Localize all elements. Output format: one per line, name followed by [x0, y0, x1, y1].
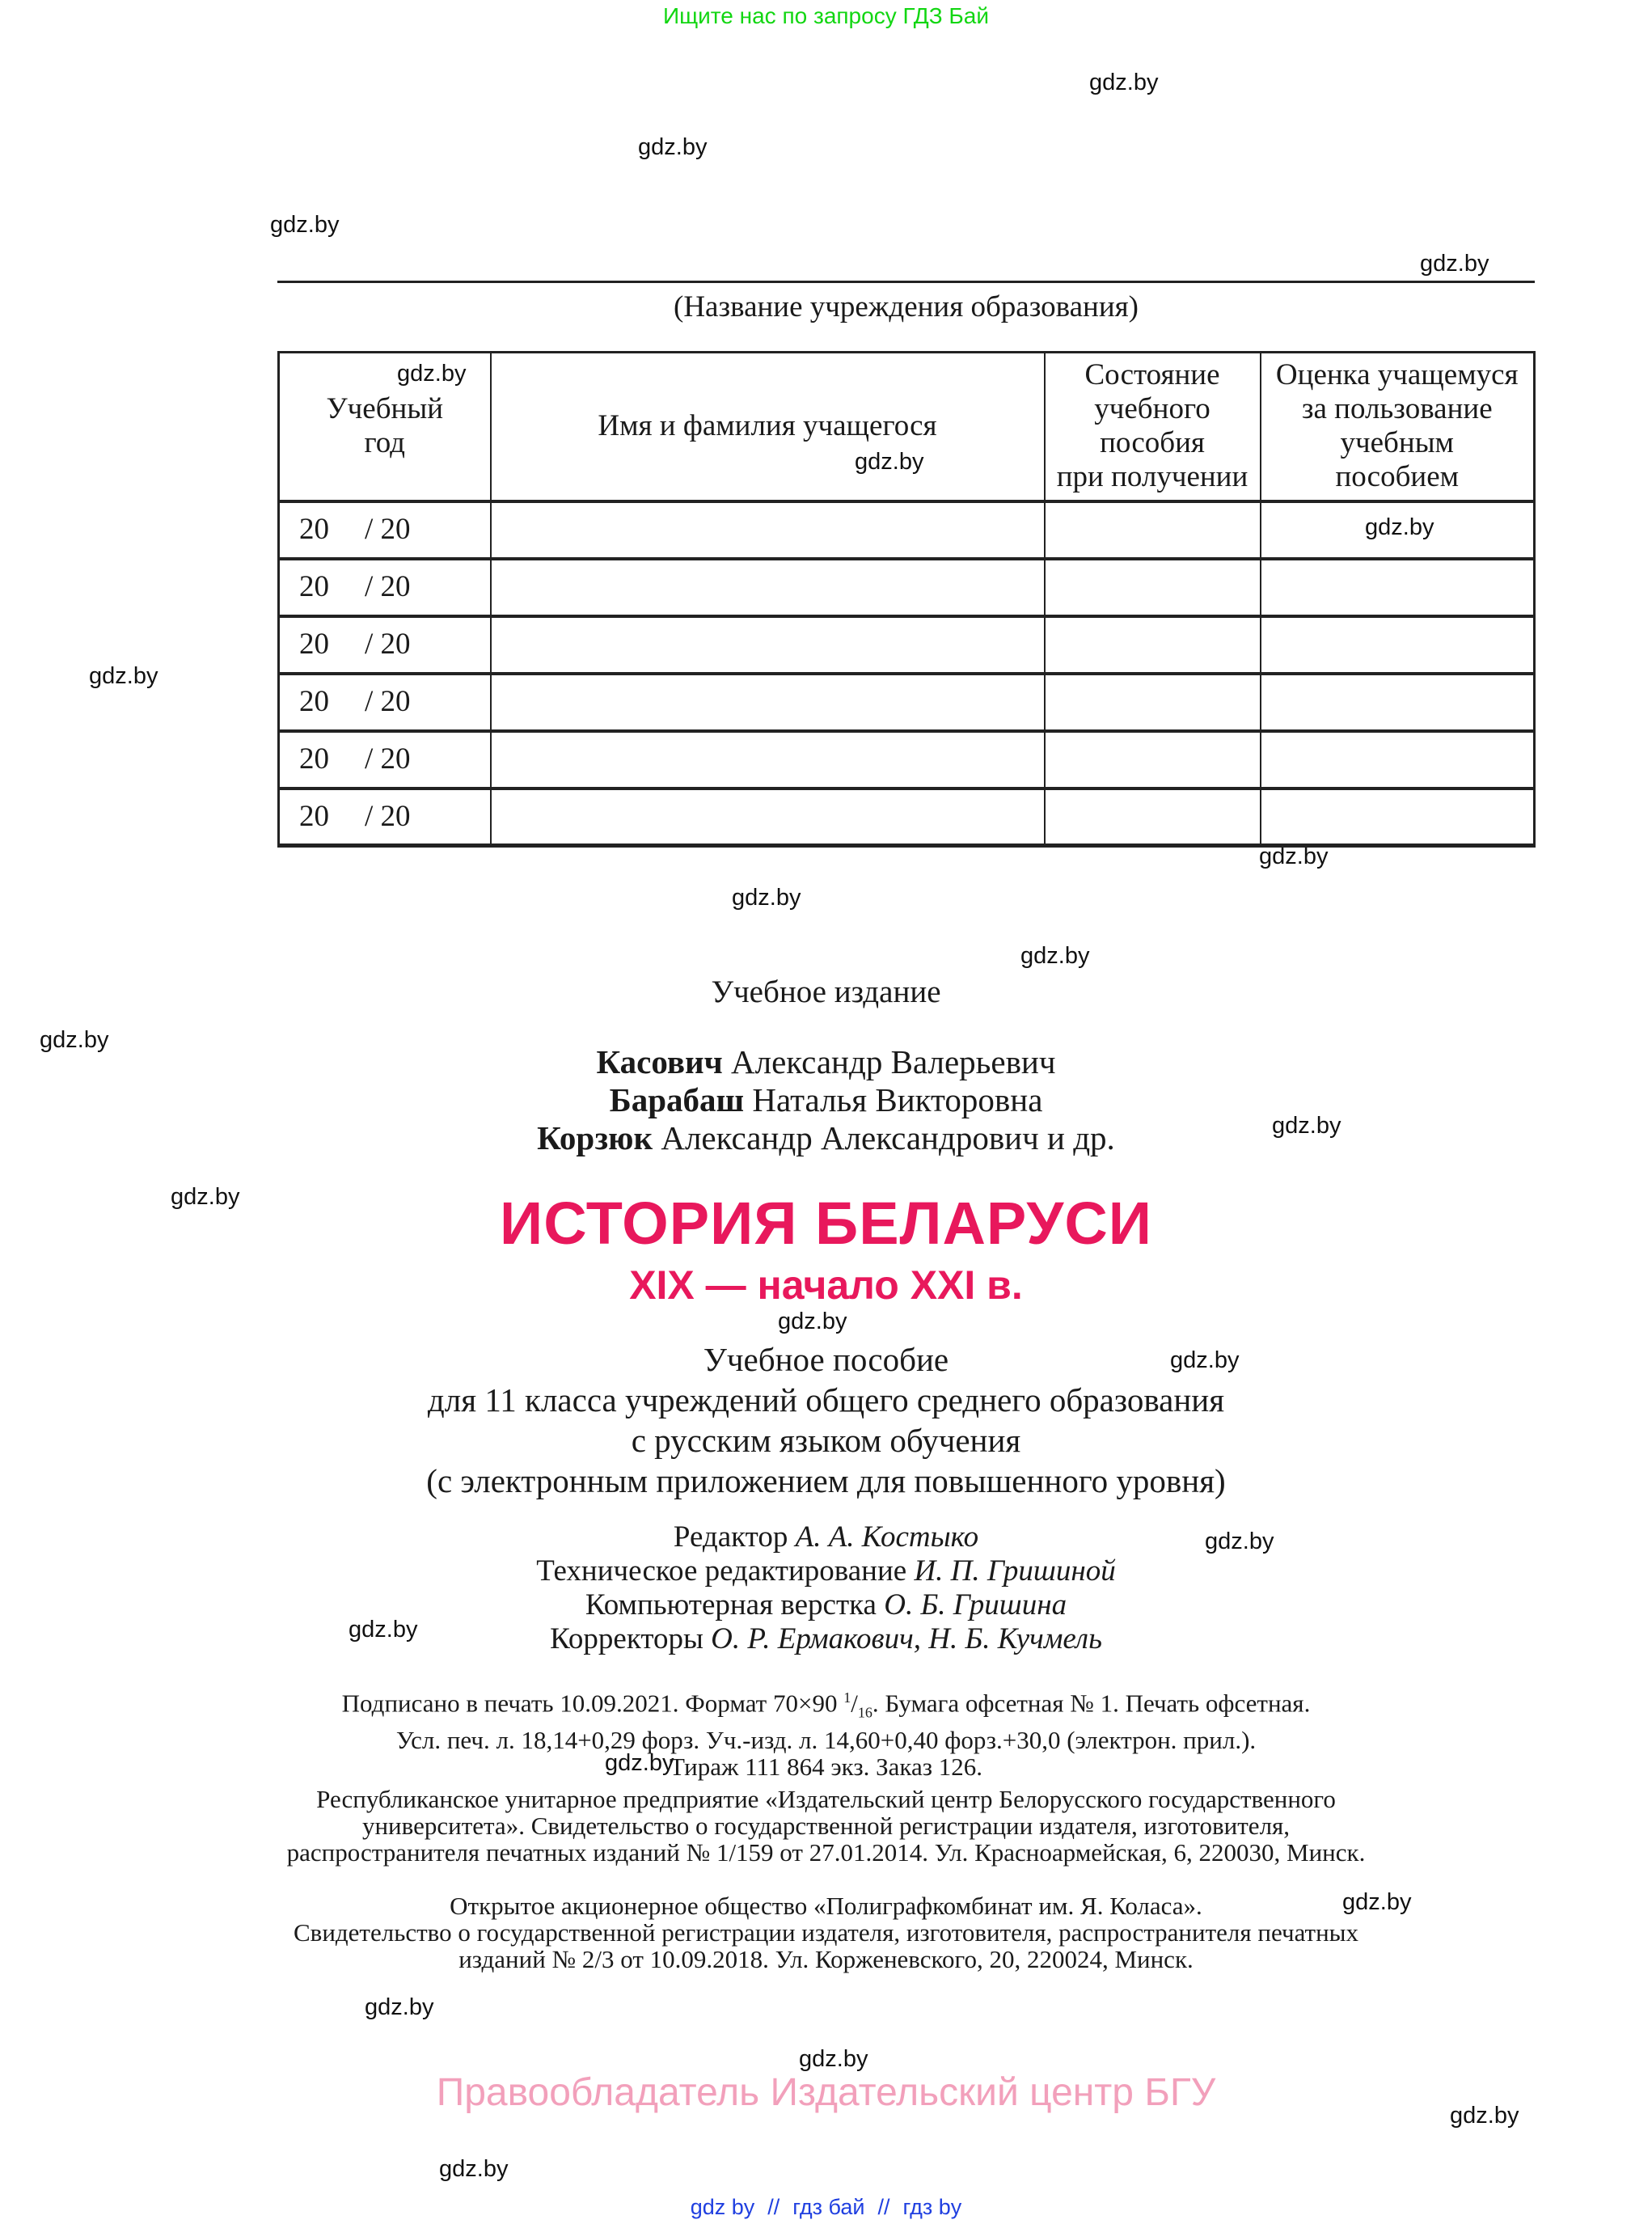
author: Корзюк Александр Александрович и др.	[0, 1119, 1652, 1157]
watermark: gdz.by	[270, 212, 339, 239]
book-condition-cell	[1045, 789, 1261, 846]
table-row: 20/ 20	[279, 731, 1535, 789]
student-grade-cell	[1261, 501, 1535, 559]
school-year-cell: 20/ 20	[279, 674, 491, 731]
imprint-info: Подписано в печать 10.09.2021. Формат 70…	[0, 1685, 1652, 1780]
student-name-cell	[491, 559, 1045, 616]
book-subtitle: XIX — начало XXI в.	[0, 1262, 1652, 1309]
publisher-info: Республиканское унитарное предприятие «И…	[0, 1786, 1652, 1866]
book-condition-cell	[1045, 501, 1261, 559]
header-student-name: Имя и фамилия учащегося	[491, 353, 1045, 501]
school-year-cell: 20/ 20	[279, 501, 491, 559]
staff-line: Техническое редактирование И. П. Гришино…	[0, 1554, 1652, 1588]
top-banner[interactable]: Ищите нас по запросу ГДЗ Бай	[0, 3, 1652, 29]
table-row: 20/ 20	[279, 501, 1535, 559]
table-row: 20/ 20	[279, 616, 1535, 674]
book-condition-cell	[1045, 674, 1261, 731]
watermark: gdz.by	[1089, 70, 1158, 96]
watermark: gdz.by	[89, 663, 158, 690]
staff-line: Редактор А. А. Костыко	[0, 1520, 1652, 1554]
rights-holder: Правообладатель Издательский центр БГУ	[0, 2070, 1652, 2115]
footer-separator: //	[877, 2195, 889, 2219]
student-grade-cell	[1261, 674, 1535, 731]
table-row: 20/ 20	[279, 559, 1535, 616]
staff-line: Корректоры О. Р. Ермакович, Н. Б. Кучмел…	[0, 1622, 1652, 1656]
editorial-staff: Редактор А. А. Костыко Техническое редак…	[0, 1520, 1652, 1656]
book-condition-cell	[1045, 616, 1261, 674]
student-name-cell	[491, 789, 1045, 846]
student-grade-cell	[1261, 731, 1535, 789]
watermark: gdz.by	[799, 2046, 868, 2073]
student-grade-cell	[1261, 559, 1535, 616]
header-book-condition: Состояние учебного пособия при получении	[1045, 353, 1261, 501]
printer-info: Открытое акционерное общество «Полиграфк…	[0, 1892, 1652, 1972]
footer-links: gdz by//гдз бай//гдз by	[0, 2195, 1652, 2220]
student-grade-cell	[1261, 616, 1535, 674]
institution-caption: (Название учреждения образования)	[277, 290, 1535, 324]
footer-separator: //	[767, 2195, 780, 2219]
header-school-year: Учебный год	[279, 353, 491, 501]
table-row: 20/ 20	[279, 789, 1535, 846]
header-student-grade: Оценка учащемуся за пользование учебным …	[1261, 353, 1535, 501]
watermark: gdz.by	[439, 2156, 508, 2183]
author: Барабаш Наталья Викторовна	[0, 1081, 1652, 1119]
student-name-cell	[491, 731, 1045, 789]
author: Касович Александр Валерьевич	[0, 1043, 1652, 1081]
book-condition-cell	[1045, 731, 1261, 789]
student-name-cell	[491, 616, 1045, 674]
school-year-cell: 20/ 20	[279, 789, 491, 846]
watermark: gdz.by	[732, 885, 801, 911]
textbook-usage-table: Учебный год Имя и фамилия учащегося Сост…	[277, 351, 1536, 848]
student-name-cell	[491, 674, 1045, 731]
school-year-cell: 20/ 20	[279, 731, 491, 789]
school-year-cell: 20/ 20	[279, 616, 491, 674]
student-grade-cell	[1261, 789, 1535, 846]
watermark: gdz.by	[1020, 943, 1089, 970]
book-kind: Учебное пособие для 11 класса учреждений…	[0, 1339, 1652, 1501]
footer-link-gdz-bai[interactable]: гдз бай	[792, 2195, 864, 2219]
table-header-row: Учебный год Имя и фамилия учащегося Сост…	[279, 353, 1535, 501]
school-year-cell: 20/ 20	[279, 559, 491, 616]
watermark: gdz.by	[778, 1309, 847, 1335]
edition-type: Учебное издание	[0, 974, 1652, 1010]
book-title: ИСТОРИЯ БЕЛАРУСИ	[0, 1189, 1652, 1258]
institution-name-line	[277, 281, 1535, 283]
table-row: 20/ 20	[279, 674, 1535, 731]
watermark: gdz.by	[1420, 251, 1489, 277]
watermark: gdz.by	[638, 134, 707, 161]
footer-link-gdz-by-cyr[interactable]: гдз by	[903, 2195, 962, 2219]
staff-line: Компьютерная верстка О. Б. Гришина	[0, 1588, 1652, 1622]
book-condition-cell	[1045, 559, 1261, 616]
authors-list: Касович Александр Валерьевич Барабаш Нат…	[0, 1043, 1652, 1157]
watermark: gdz.by	[365, 1994, 433, 2021]
footer-link-gdz-by[interactable]: gdz by	[691, 2195, 755, 2219]
student-name-cell	[491, 501, 1045, 559]
